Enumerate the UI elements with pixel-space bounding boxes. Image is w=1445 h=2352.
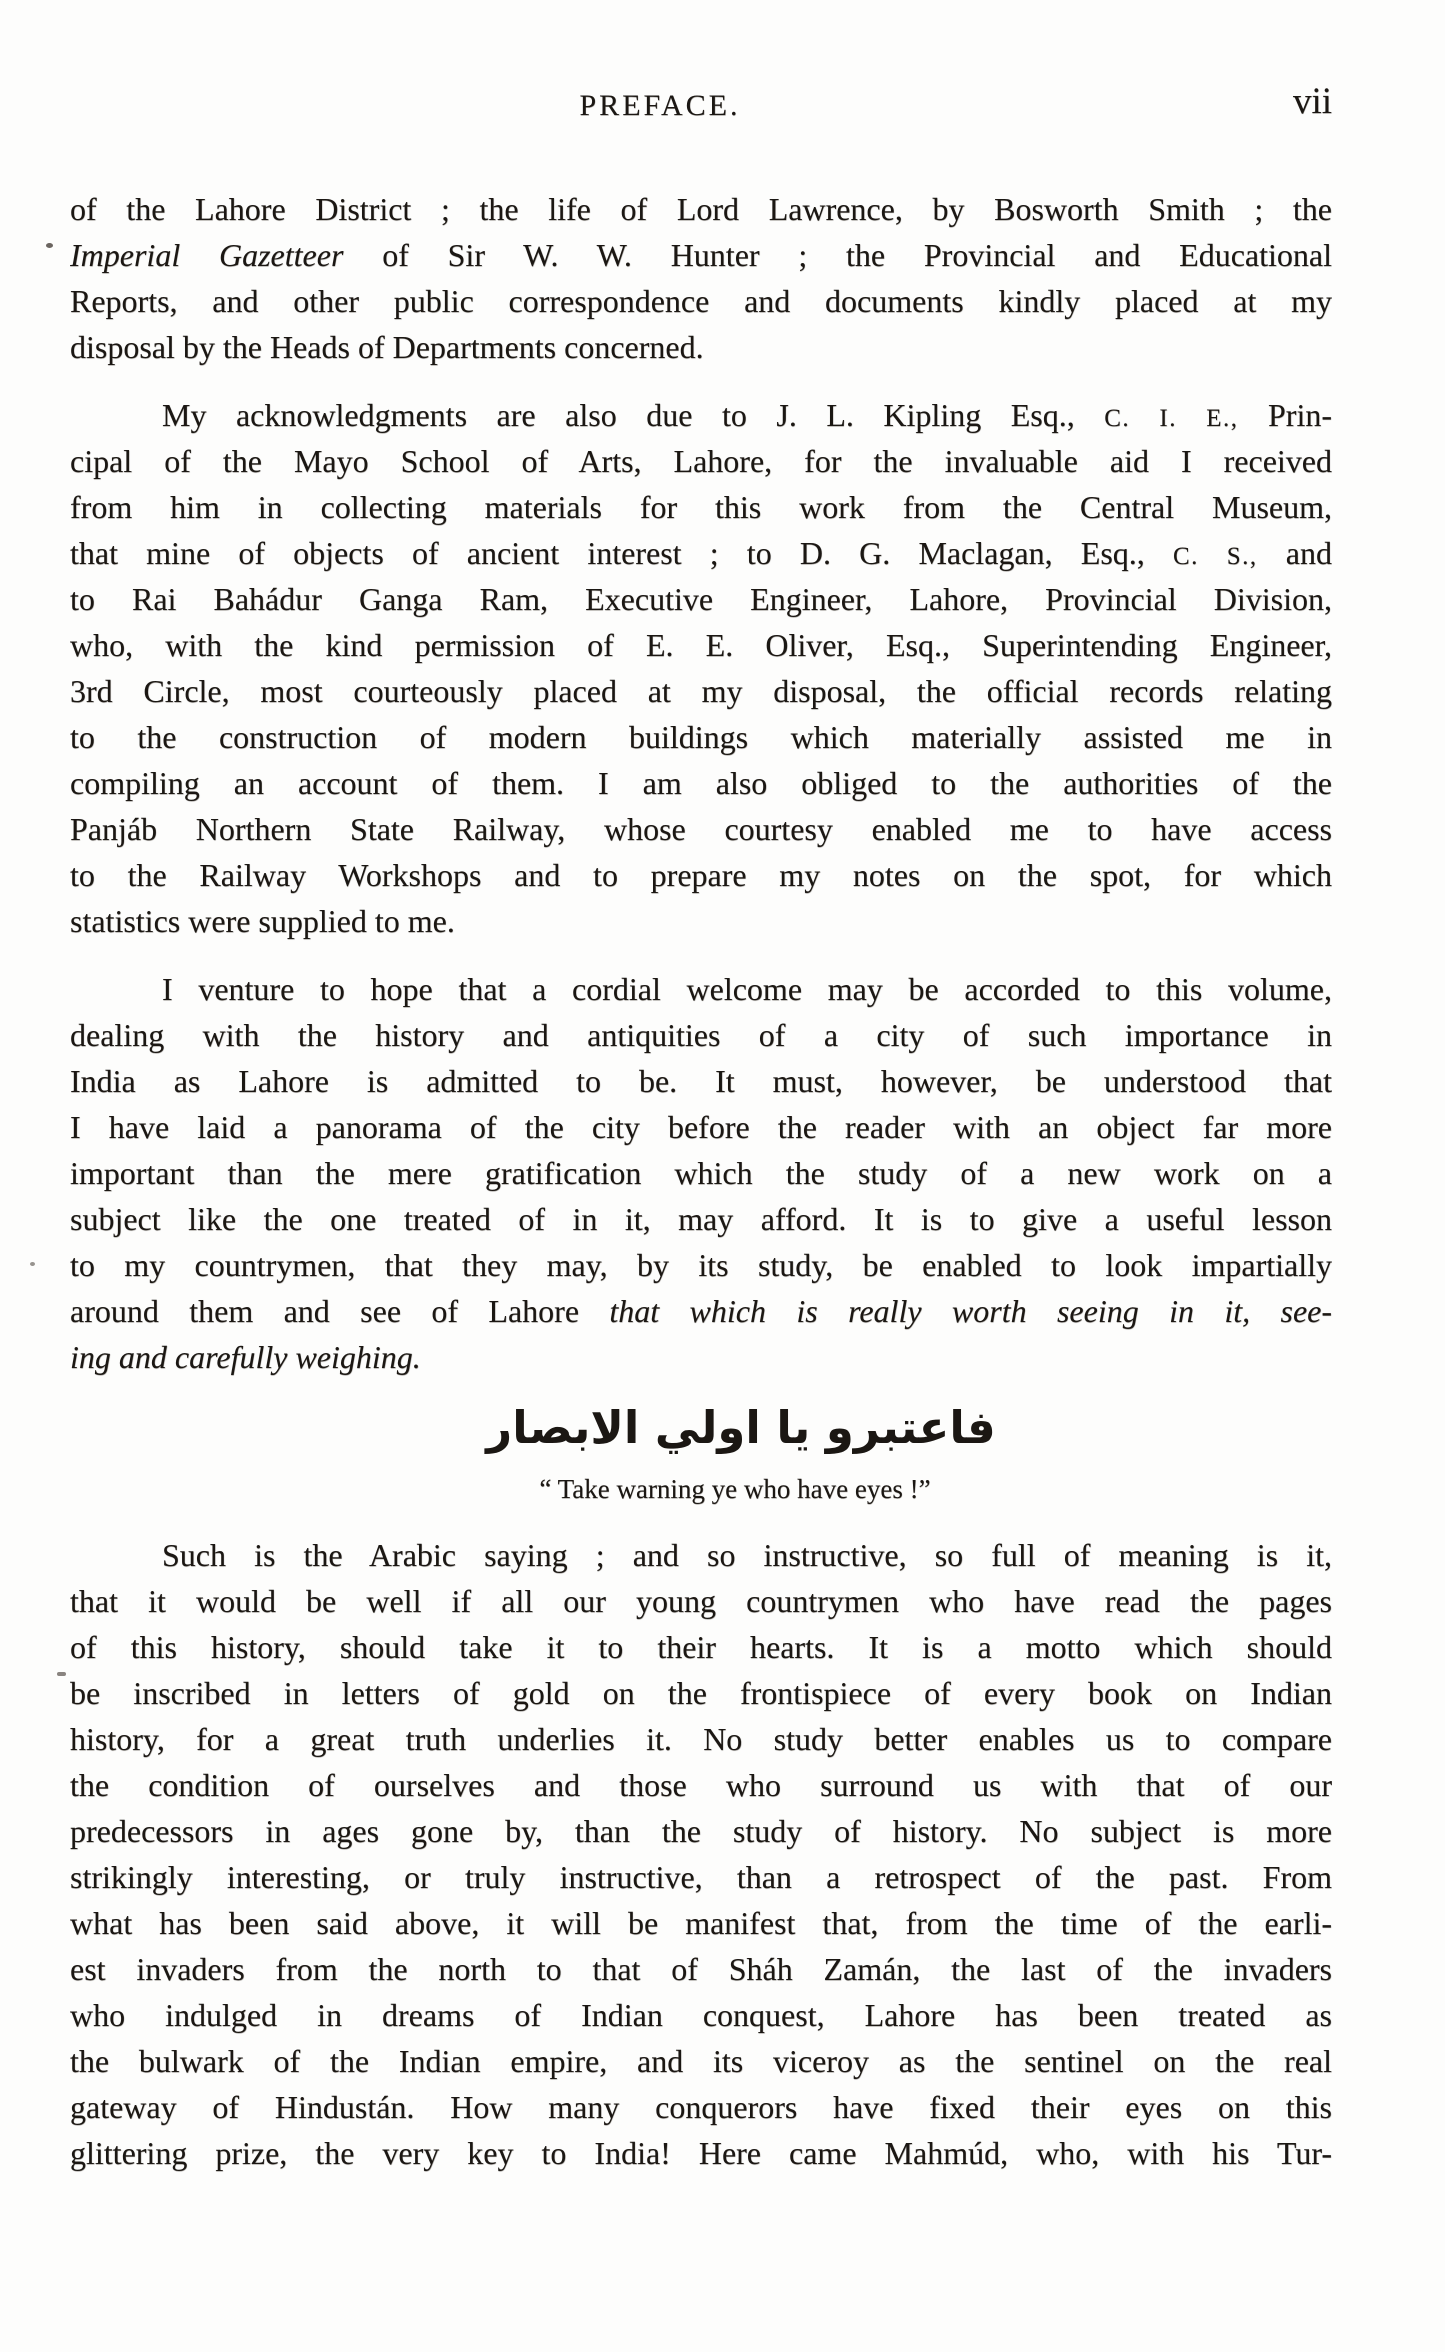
text-line: what has been said above, it will be man… (70, 1900, 1332, 1946)
text-line: strikingly interesting, or truly instruc… (70, 1854, 1332, 1900)
page-number: vii (1293, 80, 1332, 124)
text-line: India as Lahore is admitted to be. It mu… (70, 1058, 1332, 1104)
scan-speck (30, 1262, 35, 1266)
text-line: predecessors in ages gone by, than the s… (70, 1808, 1332, 1854)
paragraph: of the Lahore District ; the life of Lor… (70, 186, 1332, 370)
arabic-quotation-translation: “ Take warning ye who have eyes !” (104, 1472, 1366, 1506)
text-line: I have laid a panorama of the city befor… (70, 1104, 1332, 1150)
text-line: of the Lahore District ; the life of Lor… (70, 186, 1332, 232)
text-line: Imperial Gazetteer of Sir W. W. Hunter ;… (70, 232, 1332, 278)
book-page: PREFACE. vii of the Lahore District ; th… (0, 0, 1445, 2352)
arabic-quotation: فاعتبرو يا اولي الابصار (110, 1396, 1372, 1460)
text-line: the bulwark of the Indian empire, and it… (70, 2038, 1332, 2084)
text-line: who, with the kind permission of E. E. O… (70, 622, 1332, 668)
text-line: disposal by the Heads of Departments con… (70, 324, 1332, 370)
text-line: 3rd Circle, most courteously placed at m… (70, 668, 1332, 714)
body-text-upper: of the Lahore District ; the life of Lor… (70, 186, 1332, 1380)
text-line: statistics were supplied to me. (70, 898, 1332, 944)
text-line: of this history, should take it to their… (70, 1624, 1332, 1670)
text-line: compiling an account of them. I am also … (70, 760, 1332, 806)
text-line: important than the mere gratification wh… (70, 1150, 1332, 1196)
text-line: to the construction of modern buildings … (70, 714, 1332, 760)
scan-speck (57, 1672, 66, 1676)
running-title: PREFACE. (29, 86, 1291, 126)
text-line: history, for a great truth underlies it.… (70, 1716, 1332, 1762)
scan-speck (46, 243, 53, 248)
text-line: cipal of the Mayo School of Arts, Lahore… (70, 438, 1332, 484)
text-line: glittering prize, the very key to India!… (70, 2130, 1332, 2176)
paragraph: I venture to hope that a cordial welcome… (70, 966, 1332, 1380)
text-line: around them and see of Lahore that which… (70, 1288, 1332, 1334)
text-line: to Rai Bahádur Ganga Ram, Executive Engi… (70, 576, 1332, 622)
text-line: from him in collecting materials for thi… (70, 484, 1332, 530)
text-line: est invaders from the north to that of S… (70, 1946, 1332, 1992)
text-column: PREFACE. vii of the Lahore District ; th… (70, 0, 1332, 2176)
text-line: to my countrymen, that they may, by its … (70, 1242, 1332, 1288)
text-line: ing and carefully weighing. (70, 1334, 1332, 1380)
text-line: gateway of Hindustán. How many conqueror… (70, 2084, 1332, 2130)
page-header: PREFACE. vii (70, 86, 1332, 128)
text-line: the condition of ourselves and those who… (70, 1762, 1332, 1808)
text-line: My acknowledgments are also due to J. L.… (70, 392, 1332, 438)
text-line: who indulged in dreams of Indian conques… (70, 1992, 1332, 2038)
paragraph: Such is the Arabic saying ; and so instr… (70, 1532, 1332, 2176)
paragraph: My acknowledgments are also due to J. L.… (70, 392, 1332, 944)
text-line: that mine of objects of ancient interest… (70, 530, 1332, 576)
text-line: to the Railway Workshops and to prepare … (70, 852, 1332, 898)
text-line: Such is the Arabic saying ; and so instr… (70, 1532, 1332, 1578)
text-line: I venture to hope that a cordial welcome… (70, 966, 1332, 1012)
text-line: that it would be well if all our young c… (70, 1578, 1332, 1624)
text-line: subject like the one treated of in it, m… (70, 1196, 1332, 1242)
body-text-lower: Such is the Arabic saying ; and so instr… (70, 1532, 1332, 2176)
text-line: Reports, and other public correspondence… (70, 278, 1332, 324)
text-line: Panjáb Northern State Railway, whose cou… (70, 806, 1332, 852)
text-line: dealing with the history and antiquities… (70, 1012, 1332, 1058)
text-line: be inscribed in letters of gold on the f… (70, 1670, 1332, 1716)
